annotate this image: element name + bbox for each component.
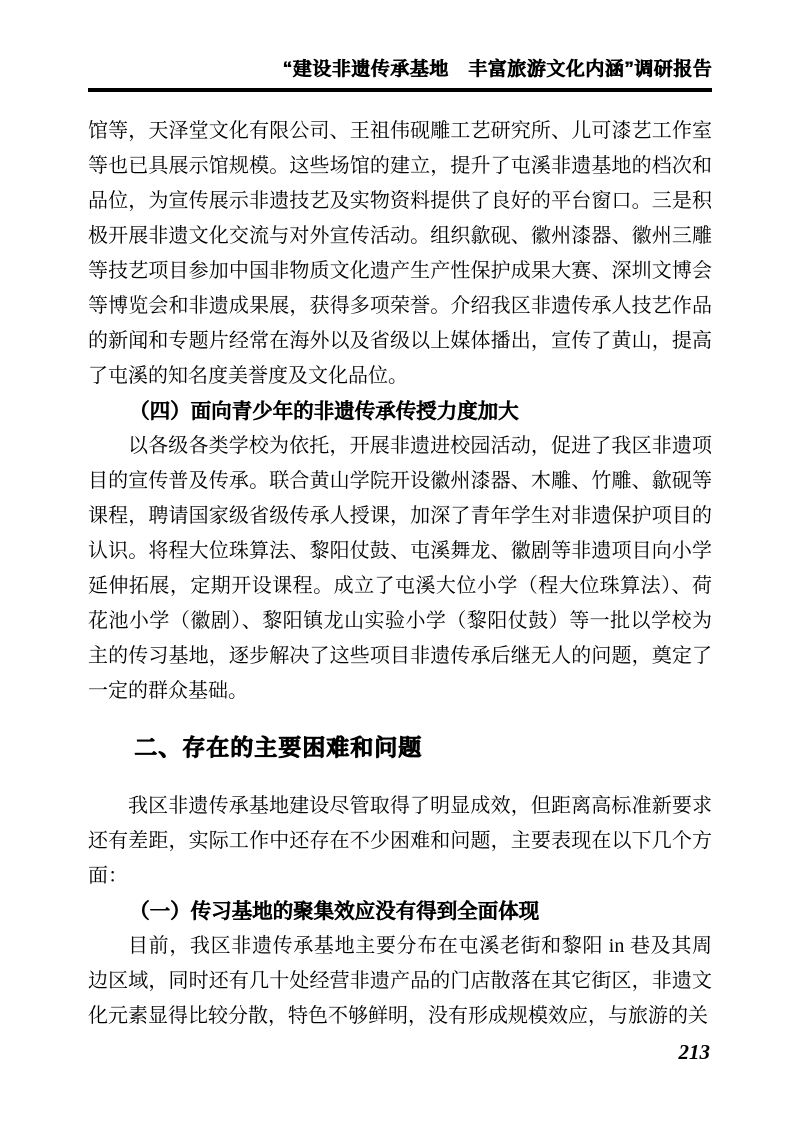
section-heading: 二、存在的主要困难和问题	[88, 729, 712, 765]
paragraph: 我区非遗传承基地建设尽管取得了明显成效，但距离高标准新要求还有差距，实际工作中还…	[88, 789, 712, 894]
paragraph: 目前，我区非遗传承基地主要分布在屯溪老街和黎阳 in 巷及其周边区域，同时还有几…	[88, 929, 712, 1034]
paragraph: 以各级各类学校为依托，开展非遗进校园活动，促进了我区非遗项目的宣传普及传承。联合…	[88, 429, 712, 709]
page-number: 213	[679, 1040, 711, 1065]
header-title: “建设非遗传承基地 丰富旅游文化内涵”调研报告	[88, 58, 712, 88]
subsection-heading: （一）传习基地的聚集效应没有得到全面体现	[88, 894, 712, 929]
header-rule	[88, 88, 712, 92]
paragraph: 馆等，天泽堂文化有限公司、王祖伟砚雕工艺研究所、儿可漆艺工作室等也已具展示馆规模…	[88, 114, 712, 394]
document-page: “建设非遗传承基地 丰富旅游文化内涵”调研报告 馆等，天泽堂文化有限公司、王祖伟…	[0, 0, 803, 1133]
page-content: “建设非遗传承基地 丰富旅游文化内涵”调研报告 馆等，天泽堂文化有限公司、王祖伟…	[88, 58, 712, 1034]
subsection-heading: （四）面向青少年的非遗传承传授力度加大	[88, 394, 712, 429]
